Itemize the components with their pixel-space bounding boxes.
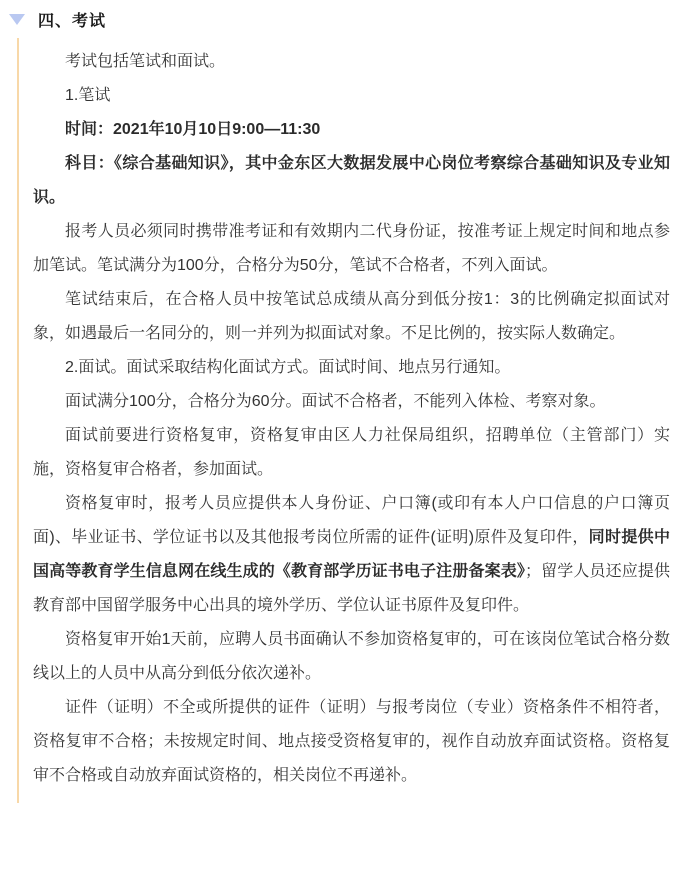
section-header: 四、考试 [0,6,691,32]
section-title: 四、考试 [38,8,106,31]
bold-text-run: 时间：2021年10月10日9:00—11:30 [65,121,320,138]
text-run: 2.面试。面试采取结构化面试方式。面试时间、地点另行通知。 [65,359,510,376]
paragraph: 笔试结束后，在合格人员中按笔试总成绩从高分到低分按1：3的比例确定拟面试对象，如… [33,283,670,351]
paragraph: 面试前要进行资格复审，资格复审由区人力社保局组织，招聘单位（主管部门）实施，资格… [33,419,670,487]
document-page: 四、考试 考试包括笔试和面试。1.笔试时间：2021年10月10日9:00—11… [0,0,691,873]
collapse-triangle-icon[interactable] [9,14,25,25]
paragraph: 时间：2021年10月10日9:00—11:30 [33,113,670,147]
paragraph: 资格复审开始1天前，应聘人员书面确认不参加资格复审的，可在该岗位笔试合格分数线以… [33,623,670,691]
bold-text-run: 科目：《综合基础知识》，其中金东区大数据发展中心岗位考察综合基础知识及专业知识。 [33,155,670,206]
section-body: 考试包括笔试和面试。1.笔试时间：2021年10月10日9:00—11:30科目… [17,38,691,803]
text-run: 1.笔试 [65,87,110,104]
paragraph: 科目：《综合基础知识》，其中金东区大数据发展中心岗位考察综合基础知识及专业知识。 [33,147,670,215]
paragraph: 考试包括笔试和面试。 [33,45,670,79]
paragraph: 资格复审时，报考人员应提供本人身份证、户口簿(或印有本人户口信息的户口簿页面)、… [33,487,670,623]
text-run: 资格复审时，报考人员应提供本人身份证、户口簿(或印有本人户口信息的户口簿页面)、… [33,495,670,546]
text-run: 面试前要进行资格复审，资格复审由区人力社保局组织，招聘单位（主管部门）实施，资格… [33,427,670,478]
paragraph: 报考人员必须同时携带准考证和有效期内二代身份证，按准考证上规定时间和地点参加笔试… [33,215,670,283]
text-run: 证件（证明）不全或所提供的证件（证明）与报考岗位（专业）资格条件不相符者，资格复… [33,699,670,784]
paragraph: 1.笔试 [33,79,670,113]
text-run: 报考人员必须同时携带准考证和有效期内二代身份证，按准考证上规定时间和地点参加笔试… [33,223,670,274]
text-run: 考试包括笔试和面试。 [65,53,225,70]
text-run: 资格复审开始1天前，应聘人员书面确认不参加资格复审的，可在该岗位笔试合格分数线以… [33,631,670,682]
text-run: 面试满分100分，合格分为60分。面试不合格者，不能列入体检、考察对象。 [65,393,606,410]
paragraph: 面试满分100分，合格分为60分。面试不合格者，不能列入体检、考察对象。 [33,385,670,419]
paragraph: 2.面试。面试采取结构化面试方式。面试时间、地点另行通知。 [33,351,670,385]
text-run: 笔试结束后，在合格人员中按笔试总成绩从高分到低分按1：3的比例确定拟面试对象，如… [33,291,670,342]
paragraph: 证件（证明）不全或所提供的证件（证明）与报考岗位（专业）资格条件不相符者，资格复… [33,691,670,793]
